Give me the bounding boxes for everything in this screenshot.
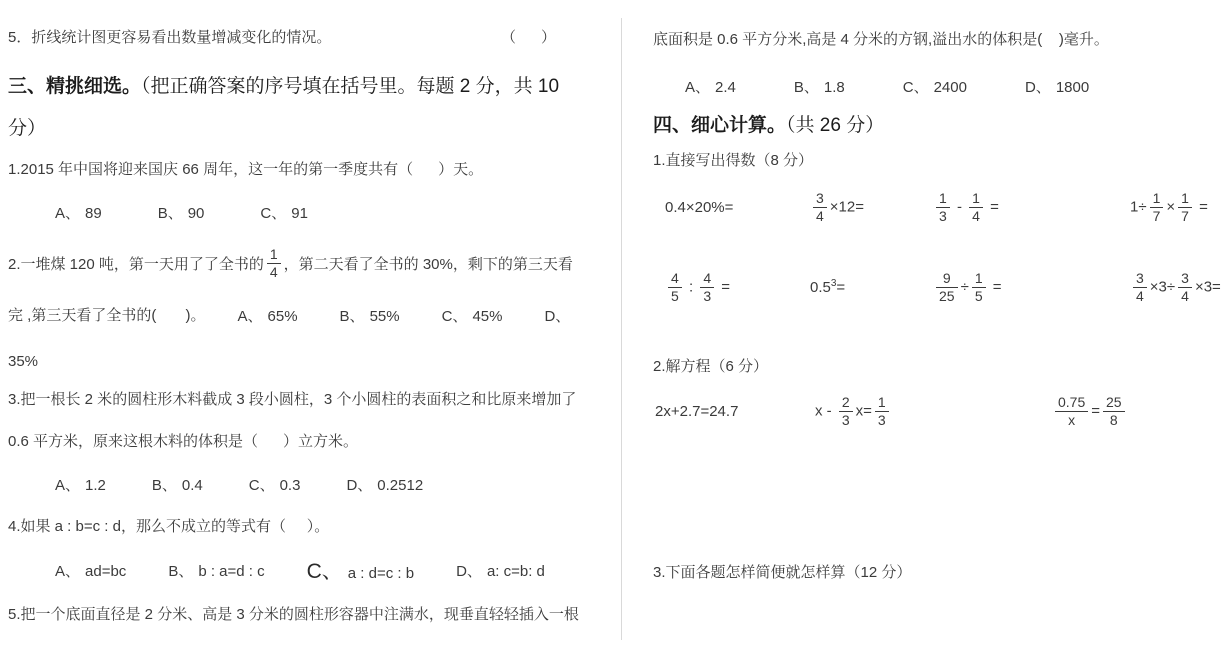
option-letter: A、 [55,477,80,494]
equation-row: 2x+2.7=24.7 x - 23x=13 0.75x=258 [653,385,1219,437]
question-2-option-overflow: 35% [8,352,586,372]
math-text: : [685,278,698,295]
option-letter: D、 [346,477,372,494]
option-C: C、0.3 [249,474,301,495]
question-2-line1: 2.一堆煤 120 吨，第一天用了了全书的14，第二天看了全书的 30%，剩下的… [8,241,586,285]
option-value: 1.8 [824,79,845,96]
option-letter: C、 [442,308,468,325]
option-letter: C、 [260,205,286,222]
math-text: 0.4×20%= [665,199,733,216]
fraction: 13 [936,190,950,225]
question-1-text: 1.2015 年中国将迎来国庆 66 周年，这一年的第一季度共有（ ）天。 [8,160,586,180]
math-text: ÷ [961,278,969,295]
calc-item-1: 0.4×20%= [665,199,810,216]
math-text: = [1091,402,1100,419]
option-letter: C、 [903,79,929,96]
section-3-heading: 三、精挑细选。（把正确答案的序号填在括号里。每题 2 分，共 10 [8,74,586,100]
math-text: x= [856,402,872,419]
simplify-section-label: 3.下面各题怎样简便就怎样算（12 分） [653,563,1219,583]
equation-3: 0.75x=258 [1052,394,1219,429]
math-text: 0.5 [810,279,831,296]
option-A: A、1.2 [55,474,106,495]
fraction: 34 [1178,270,1192,305]
option-letter: D、 [544,308,570,325]
question-2-options: A、65%B、55%C、45%D、 [238,305,576,326]
section-3-heading-note: （把正确答案的序号填在括号里。每题 2 分，共 10 [141,76,559,97]
question-5-truefalse-blank: （ ） [501,28,556,48]
fraction: 23 [839,394,853,429]
option-value: a: c=b: d [487,563,545,580]
option-value: 90 [188,205,205,222]
fraction: 258 [1103,394,1125,429]
math-text: × [1166,198,1175,215]
fraction: 17 [1178,190,1192,225]
calc-item-7: 925÷15 = [933,270,1130,305]
calc-row-2: 45 : 43 = 0.53= 925÷15 = 34×3÷34×3= [653,263,1219,311]
fraction: 34 [813,190,827,225]
option-value: 0.4 [182,477,203,494]
math-text: 2.一堆煤 120 吨，第一天用了了全书的 [8,253,264,274]
math-text: 1÷ [1130,198,1147,215]
option-B: B、b : a=d : c [168,560,264,581]
question-2-line2-text: 完 ,第三天看了全书的( )。 [8,306,206,326]
option-letter: A、 [238,308,263,325]
option-C: C、a : d=c : b [307,555,414,585]
option-letter: B、 [794,79,819,96]
question-1-options: A、89B、90C、91 [8,202,586,223]
math-text: x - [815,402,836,419]
column-divider [621,18,622,640]
math-text: = [1195,198,1208,215]
calc-item-2: 34×12= [810,190,933,225]
math-text: = [717,278,730,295]
option-letter: B、 [340,308,365,325]
equation-2: x - 23x=13 [815,394,1052,429]
option-value: 0.2512 [377,477,423,494]
section-3-heading-wrap: 分） [8,116,586,142]
question-4-options: A、ad=bcB、b : a=d : cC、a : d=c : bD、a: c=… [8,557,586,583]
left-column: 5．折线统计图更容易看出数量增减变化的情况。 （ ） 三、精挑细选。（把正确答案… [8,0,586,625]
option-value: a : d=c : b [348,565,414,582]
option-value: 45% [472,308,502,325]
option-value: 0.3 [280,477,301,494]
option-value: 91 [291,205,308,222]
option-letter: A、 [55,205,80,222]
question-4-text: 4.如果 a : b=c : d，那么不成立的等式有（ ）。 [8,517,586,537]
section-3-heading-title: 三、精挑细选。 [8,76,141,97]
section-4-heading: 四、细心计算。（共 26 分） [653,113,1219,139]
math-text: ×12= [830,198,864,215]
option-C: C、91 [260,202,308,223]
question-5-truefalse: 5．折线统计图更容易看出数量增减变化的情况。 （ ） [8,28,556,48]
option-letter: B、 [152,477,177,494]
calc-section-label: 1.直接写出得数（8 分） [653,151,1219,171]
option-value: b : a=d : c [198,563,264,580]
fraction: 0.75x [1055,394,1088,429]
option-D: D、a: c=b: d [456,560,545,581]
fraction: 17 [1150,190,1164,225]
option-value: 55% [370,308,400,325]
option-letter: B、 [158,205,183,222]
option-value: 65% [268,308,298,325]
question-5-text: 5.把一个底面直径是 2 分米、高是 3 分米的圆柱形容器中注满水，现垂直轻轻插… [8,605,586,625]
option-value: 2400 [934,79,967,96]
solve-section-label: 2.解方程（6 分） [653,357,1219,377]
option-A: A、89 [55,202,102,223]
option-B: B、1.8 [794,76,845,97]
question-5-continuation: 底面积是 0.6 平方分米,高是 4 分米的方钢,溢出水的体积是( )毫升。 [653,30,1219,50]
option-B: B、90 [158,202,205,223]
math-text: = [989,278,1002,295]
fraction: 43 [700,270,714,305]
math-text: ×3= [1195,278,1221,295]
option-B: B、0.4 [152,474,203,495]
option-letter: A、 [685,79,710,96]
fraction: 13 [875,394,889,429]
option-C: C、2400 [903,76,967,97]
option-letter: A、 [55,563,80,580]
option-A: A、ad=bc [55,560,126,581]
calc-item-8: 34×3÷34×3= [1130,270,1221,305]
calc-item-4: 1÷17×17 = [1130,190,1219,225]
math-text: = [836,279,845,296]
fraction: 14 [267,246,281,281]
exam-paper: { "colors": {"background":"#ffffff","bod… [0,0,1225,664]
section-4-heading-note: （共 26 分） [786,115,884,136]
option-A: A、2.4 [685,76,736,97]
question-3-options: A、1.2B、0.4C、0.3D、0.2512 [8,474,586,495]
question-3-line2: 0.6 平方米，原来这根木料的体积是（ ）立方米。 [8,432,586,452]
option-letter: D、 [1025,79,1051,96]
option-B: B、55% [340,305,400,326]
option-value: ad=bc [85,563,126,580]
section-4-heading-title: 四、细心计算。 [653,115,786,136]
fraction: 15 [972,270,986,305]
fraction: 925 [936,270,958,305]
option-letter: C、 [307,560,343,583]
math-text: ×3÷ [1150,278,1175,295]
option-value: 1.2 [85,477,106,494]
option-value: 2.4 [715,79,736,96]
option-value: 1800 [1056,79,1089,96]
equation-1: 2x+2.7=24.7 [655,403,815,420]
right-column: 底面积是 0.6 平方分米,高是 4 分米的方钢,溢出水的体积是( )毫升。 A… [653,0,1219,583]
calc-row-1: 0.4×20%= 34×12= 13 - 14 = 1÷17×17 = [653,183,1219,231]
option-D: D、 [544,305,575,326]
calc-item-5: 45 : 43 = [665,270,810,305]
option-D: D、0.2512 [346,474,423,495]
calc-item-3: 13 - 14 = [933,190,1130,225]
option-letter: B、 [168,563,193,580]
math-text: - [953,198,966,215]
option-C: C、45% [442,305,503,326]
option-letter: C、 [249,477,275,494]
fraction: 34 [1133,270,1147,305]
math-text: = [986,198,999,215]
fraction: 45 [668,270,682,305]
option-D: D、1800 [1025,76,1089,97]
question-5-truefalse-text: 5．折线统计图更容易看出数量增减变化的情况。 [8,28,331,48]
fraction: 14 [969,190,983,225]
question-5-options: A、2.4B、1.8C、2400D、1800 [653,76,1219,97]
question-2-line2: 完 ,第三天看了全书的( )。 A、65%B、55%C、45%D、 [8,305,586,326]
option-letter: D、 [456,563,482,580]
calc-item-6: 0.53= [810,278,933,296]
math-text: ，第二天看了全书的 30%，剩下的第三天看 [284,253,573,274]
option-value: 89 [85,205,102,222]
math-text: 2x+2.7=24.7 [655,403,738,420]
option-A: A、65% [238,305,298,326]
question-3-line1: 3.把一根长 2 米的圆柱形木料截成 3 段小圆柱，3 个小圆柱的表面积之和比原… [8,390,586,410]
